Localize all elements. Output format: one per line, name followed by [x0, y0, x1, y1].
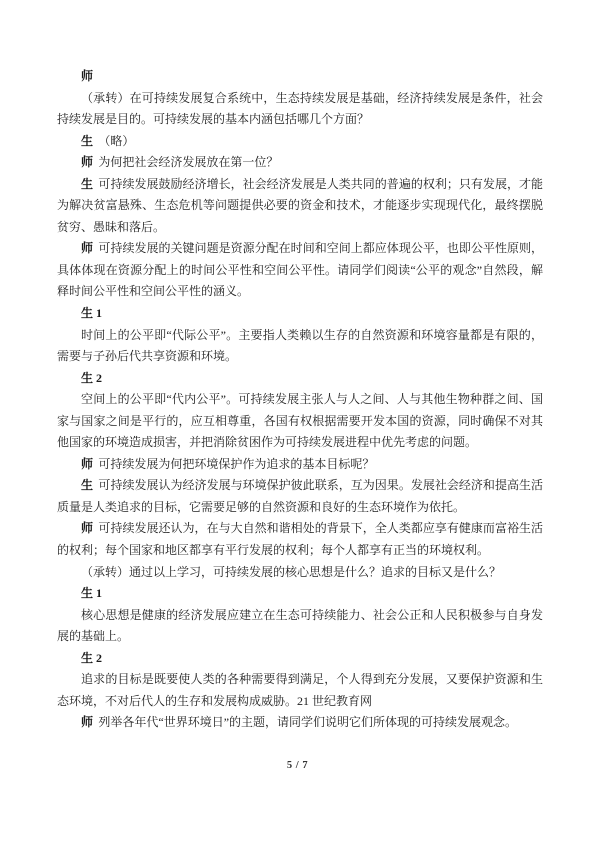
paragraph-text: 空间上的公平即“代内公平”。可持续发展主张人与人之间、人与其他生物种群之间、国家… — [57, 392, 543, 449]
paragraph: 师列举各年代“世界环境日”的主题，请同学们说明它们所体现的可持续发展观念。 — [57, 712, 543, 734]
speaker-label: 师 — [81, 521, 93, 535]
paragraph: 时间上的公平即“代际公平”。主要指人类赖以生存的自然资源和环境容量都是有限的，需… — [57, 325, 543, 368]
paragraph: 师可持续发展还认为，在与大自然和谐相处的背景下，全人类都应享有健康而富裕生活的权… — [57, 518, 543, 561]
paragraph: 生可持续发展认为经济发展与环境保护彼此联系，互为因果。发展社会经济和提高生活质量… — [57, 475, 543, 518]
paragraph-text: 核心思想是健康的经济发展应建立在生态可持续能力、社会公正和人民积极参与自身发展的… — [57, 608, 543, 644]
paragraph: 追求的目标是既要使人类的各种需要得到满足，个人得到充分发展，又要保护资源和生态环… — [57, 669, 543, 712]
speaker-label: 师 — [81, 69, 93, 83]
paragraph-text: 可持续发展为何把环境保护作为追求的基本目标呢？ — [98, 457, 374, 471]
paragraph-text: 可持续发展还认为，在与大自然和谐相处的背景下，全人类都应享有健康而富裕生活的权利… — [57, 521, 543, 557]
paragraph: 生 1 — [57, 583, 543, 605]
paragraph: 生（略） — [57, 131, 543, 153]
speaker-label: 师 — [81, 457, 93, 471]
document-page: 师（承转）在可持续发展复合系统中，生态持续发展是基础，经济持续发展是条件，社会持… — [0, 0, 595, 841]
speaker-label: 师 — [81, 241, 93, 255]
paragraph: 核心思想是健康的经济发展应建立在生态可持续能力、社会公正和人民积极参与自身发展的… — [57, 605, 543, 648]
paragraph: 生 2 — [57, 368, 543, 390]
paragraph-text: 可持续发展的关键问题是资源分配在时间和空间上都应体现公平，也即公平性原则，具体体… — [57, 241, 543, 298]
paragraph: 生可持续发展鼓励经济增长，社会经济发展是人类共同的普遍的权利；只有发展，才能为解… — [57, 174, 543, 239]
paragraph: 师可持续发展的关键问题是资源分配在时间和空间上都应体现公平，也即公平性原则，具体… — [57, 238, 543, 303]
paragraph: 师为何把社会经济发展放在第一位？ — [57, 152, 543, 174]
speaker-label: 生 — [81, 478, 93, 492]
paragraph-text: 追求的目标是既要使人类的各种需要得到满足，个人得到充分发展，又要保护资源和生态环… — [57, 672, 543, 708]
paragraph: 师可持续发展为何把环境保护作为追求的基本目标呢？ — [57, 454, 543, 476]
paragraph-text: 可持续发展鼓励经济增长，社会经济发展是人类共同的普遍的权利；只有发展，才能为解决… — [57, 177, 543, 234]
paragraph: 生 2 — [57, 648, 543, 670]
paragraph: 生 1 — [57, 303, 543, 325]
speaker-label: 生 1 — [81, 306, 102, 320]
paragraph-text: 时间上的公平即“代际公平”。主要指人类赖以生存的自然资源和环境容量都是有限的，需… — [57, 328, 543, 364]
document-body: 师（承转）在可持续发展复合系统中，生态持续发展是基础，经济持续发展是条件，社会持… — [57, 66, 543, 734]
speaker-label: 生 2 — [81, 651, 102, 665]
paragraph: （承转）通过以上学习，可持续发展的核心思想是什么？追求的目标又是什么？ — [57, 562, 543, 584]
page-number: 5 / 7 — [0, 760, 595, 771]
paragraph-text: 为何把社会经济发展放在第一位？ — [98, 155, 278, 169]
speaker-label: 生 — [81, 177, 93, 191]
paragraph-text: （承转）在可持续发展复合系统中，生态持续发展是基础，经济持续发展是条件，社会持续… — [57, 91, 543, 127]
paragraph-text: 可持续发展认为经济发展与环境保护彼此联系，互为因果。发展社会经济和提高生活质量是… — [57, 478, 543, 514]
paragraph: 空间上的公平即“代内公平”。可持续发展主张人与人之间、人与其他生物种群之间、国家… — [57, 389, 543, 454]
paragraph-text: （承转）通过以上学习，可持续发展的核心思想是什么？追求的目标又是什么？ — [81, 565, 501, 579]
speaker-label: 生 — [81, 134, 93, 148]
paragraph: （承转）在可持续发展复合系统中，生态持续发展是基础，经济持续发展是条件，社会持续… — [57, 88, 543, 131]
paragraph-text: 列举各年代“世界环境日”的主题，请同学们说明它们所体现的可持续发展观念。 — [98, 715, 517, 729]
speaker-label: 师 — [81, 155, 93, 169]
speaker-label: 师 — [81, 715, 93, 729]
paragraph: 师 — [57, 66, 543, 88]
paragraph-text: （略） — [98, 134, 134, 148]
speaker-label: 生 2 — [81, 371, 102, 385]
speaker-label: 生 1 — [81, 586, 102, 600]
